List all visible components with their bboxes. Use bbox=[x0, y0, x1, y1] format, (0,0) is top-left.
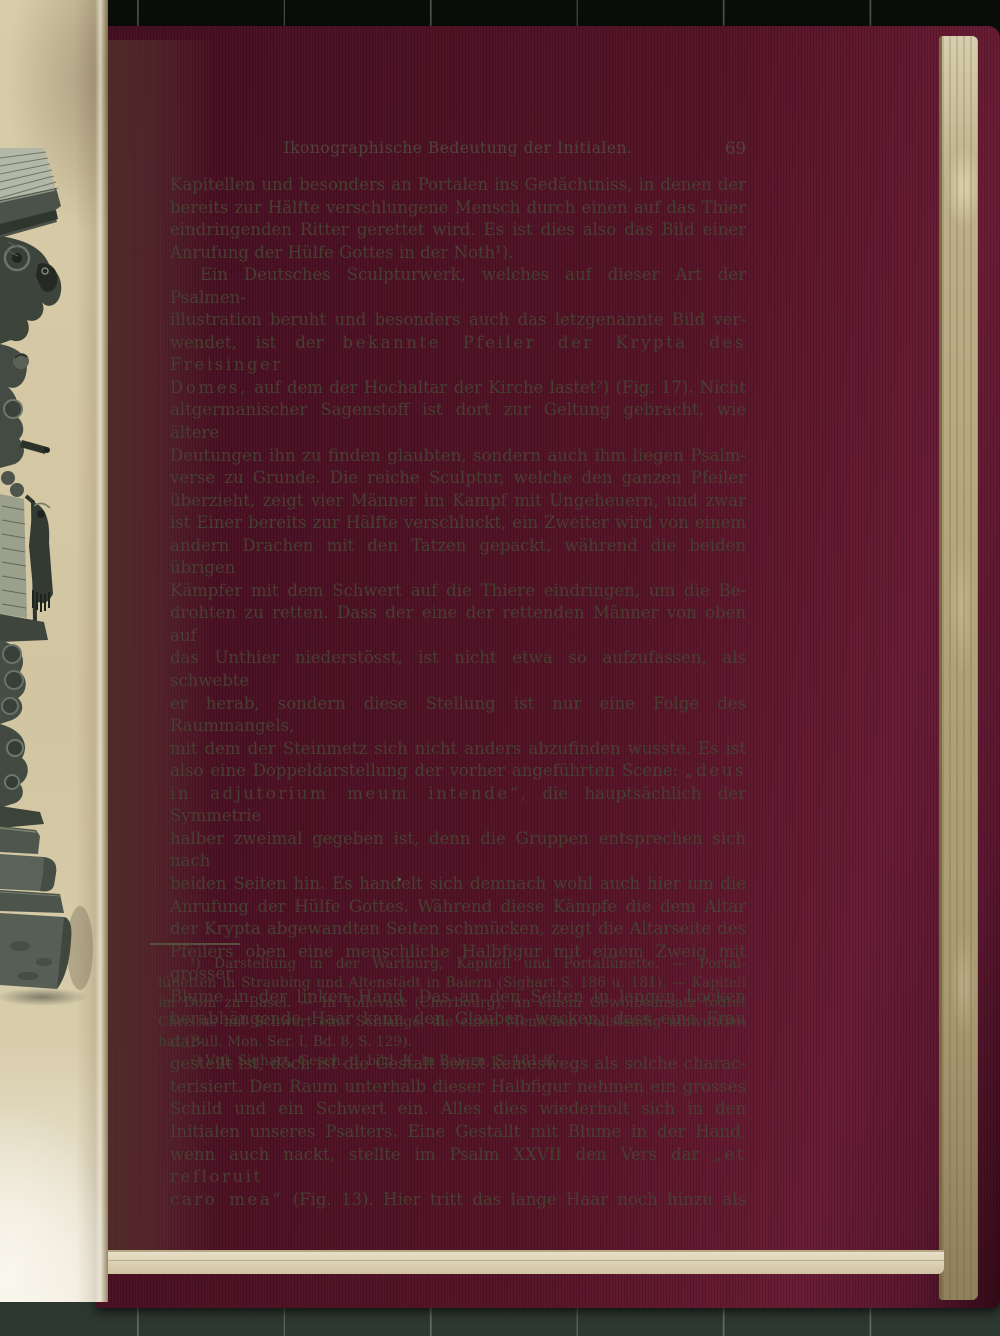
text-line: Kapitellen und besonders an Portalen ins… bbox=[170, 174, 746, 197]
text-line: verse zu Grunde. Die reiche Sculptur, we… bbox=[170, 467, 746, 490]
text-line: wendet, ist der bekannte Pfeiler der Kry… bbox=[170, 332, 746, 377]
pillar-engraving bbox=[0, 148, 100, 1008]
text-line: in adjutorium meum intende“, die hauptsä… bbox=[170, 783, 746, 828]
text-line: caro mea“ (Fig. 13). Hier tritt das lang… bbox=[170, 1189, 746, 1212]
text-line: das Unthier niederstösst, ist nicht etwa… bbox=[170, 647, 746, 692]
page-header-title: Ikonographische Bedeutung der Initialen. bbox=[170, 139, 746, 157]
text-line: Domes, auf dem der Hochaltar der Kirche … bbox=[170, 377, 746, 400]
text-line: Anrufung der Hülfe Gottes. Während diese… bbox=[170, 896, 746, 919]
text-line: mit dem der Steinmetz sich nicht anders … bbox=[170, 738, 746, 761]
facing-page-edge bbox=[95, 0, 108, 1302]
text-line: Christus mit Schwert eine Schlange, die … bbox=[158, 1013, 746, 1032]
text-line: Kämpfer mit dem Schwert auf die Thiere e… bbox=[170, 580, 746, 603]
text-line: ist Einer bereits zur Hälfte verschluckt… bbox=[170, 512, 746, 535]
text-line: im Dom zu Basel. — In Tollevast (Cherbou… bbox=[158, 994, 746, 1013]
page-number: 69 bbox=[725, 139, 746, 158]
text-line: beiden Seiten hin. Es handelt sich demna… bbox=[170, 873, 746, 896]
text-line: Anrufung der Hülfe Gottes in der Noth¹). bbox=[170, 242, 746, 265]
photo-scene: Ikonographische Bedeutung der Initialen.… bbox=[0, 0, 1000, 1336]
text-line: Schild und ein Schwert ein. Alles dies w… bbox=[170, 1098, 746, 1121]
text-line: der Krypta abgewandten Seiten schmücken,… bbox=[170, 918, 746, 941]
book-page: Ikonographische Bedeutung der Initialen.… bbox=[104, 40, 944, 1274]
text-line: bereits zur Hälfte verschlungene Mensch … bbox=[170, 197, 746, 220]
page-bottom-edges bbox=[104, 1250, 944, 1274]
text-line: eindringenden Ritter gerettet wird. Es i… bbox=[170, 219, 746, 242]
facing-page bbox=[0, 0, 108, 1302]
text-line: drohten zu retten. Dass der eine der ret… bbox=[170, 602, 746, 647]
text-line: Ein Deutsches Sculpturwerk, welches auf … bbox=[170, 264, 746, 309]
text-line: Initialen unseres Psalters. Eine Gestall… bbox=[170, 1121, 746, 1144]
text-line: illustration beruht und besonders auch d… bbox=[170, 309, 746, 332]
text-line: hat (Bull. Mon. Ser. I, Bd. 8, S. 129). bbox=[158, 1033, 746, 1052]
text-line: überzieht, zeigt vier Männer im Kampf mi… bbox=[170, 490, 746, 513]
paper-speck bbox=[398, 878, 401, 881]
text-line: ²) Vgl. Sighart, Gesch. d. bild. K. in B… bbox=[158, 1052, 746, 1071]
text-line: er herab, sondern diese Stellung ist nur… bbox=[170, 693, 746, 738]
book-fore-edge-pages bbox=[939, 36, 978, 1300]
text-line: andern Drachen mit den Tatzen gepackt, w… bbox=[170, 535, 746, 580]
text-line: wenn auch nackt, stellte im Psalm XXVII … bbox=[170, 1144, 746, 1189]
text-line: terisiert. Den Raum unterhalb dieser Hal… bbox=[170, 1076, 746, 1099]
text-line: halber zweimal gegeben ist, denn die Gru… bbox=[170, 828, 746, 873]
footnote-rule bbox=[150, 943, 240, 945]
running-head: Ikonographische Bedeutung der Initialen.… bbox=[170, 139, 746, 159]
text-line: also eine Doppeldarstellung der vorher a… bbox=[170, 760, 746, 783]
text-line: Deutungen ihn zu finden glaubten, sonder… bbox=[170, 445, 746, 468]
text-line: altgermanischer Sagenstoff ist dort zur … bbox=[170, 399, 746, 444]
text-line: lünetten in Straubing und Altenstädt in … bbox=[158, 974, 746, 993]
footnotes: ¹) Darstellung in der Wartburg, Kapitell… bbox=[158, 955, 746, 1071]
text-line: ¹) Darstellung in der Wartburg, Kapitell… bbox=[158, 955, 746, 974]
